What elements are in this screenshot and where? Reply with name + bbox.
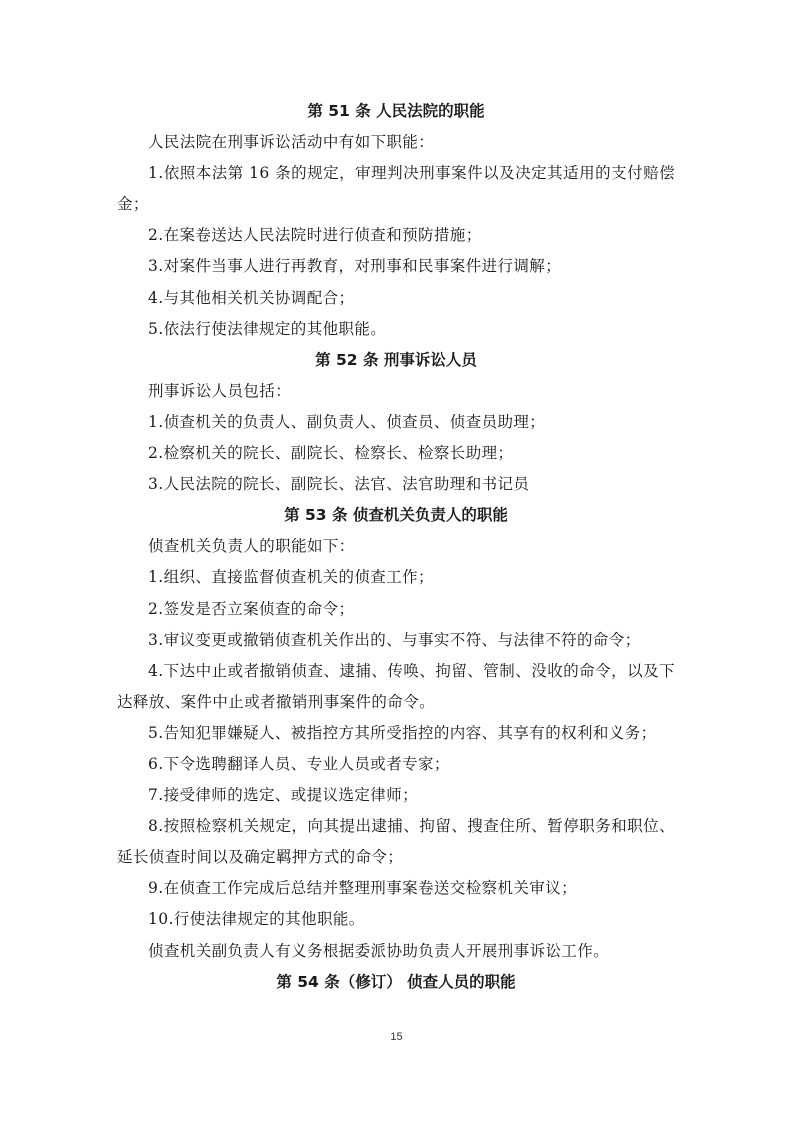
article-53-item-4: 4.下达中止或者撤销侦查、逮捕、传唤、拘留、管制、没收的命令，以及下达释放、案件… bbox=[117, 656, 675, 718]
article-51-item-2: 2.在案卷送达人民法院时进行侦查和预防措施； bbox=[117, 220, 675, 251]
article-53-closing: 侦查机关副负责人有义务根据委派协助负责人开展刑事诉讼工作。 bbox=[117, 936, 675, 967]
article-52-intro: 刑事诉讼人员包括： bbox=[117, 376, 675, 407]
document-page: 第 51 条 人民法院的职能 人民法院在刑事诉讼活动中有如下职能： 1.依照本法… bbox=[117, 96, 675, 998]
article-53-item-2: 2.签发是否立案侦查的命令； bbox=[117, 594, 675, 625]
article-52-item-2: 2.检察机关的院长、副院长、检察长、检察长助理； bbox=[117, 438, 675, 469]
article-53-item-10: 10.行使法律规定的其他职能。 bbox=[117, 904, 675, 935]
article-52-heading: 第 52 条 刑事诉讼人员 bbox=[117, 345, 675, 376]
article-53-item-3: 3.审议变更或撤销侦查机关作出的、与事实不符、与法律不符的命令； bbox=[117, 625, 675, 656]
article-52-item-3: 3.人民法院的院长、副院长、法官、法官助理和书记员 bbox=[117, 469, 675, 500]
article-54-heading: 第 54 条（修订） 侦查人员的职能 bbox=[117, 967, 675, 998]
article-53-item-7: 7.接受律师的选定、或提议选定律师； bbox=[117, 780, 675, 811]
article-51-intro: 人民法院在刑事诉讼活动中有如下职能： bbox=[117, 127, 675, 158]
article-52-item-1: 1.侦查机关的负责人、副负责人、侦查员、侦查员助理； bbox=[117, 407, 675, 438]
article-53-item-1: 1.组织、直接监督侦查机关的侦查工作； bbox=[117, 562, 675, 593]
article-51-item-3: 3.对案件当事人进行再教育，对刑事和民事案件进行调解； bbox=[117, 251, 675, 282]
article-51-heading: 第 51 条 人民法院的职能 bbox=[117, 96, 675, 127]
article-53-item-8: 8.按照检察机关规定，向其提出逮捕、拘留、搜查住所、暂停职务和职位、延长侦查时间… bbox=[117, 811, 675, 873]
article-53-item-5: 5.告知犯罪嫌疑人、被指控方其所受指控的内容、其享有的权利和义务； bbox=[117, 718, 675, 749]
article-51-item-5: 5.依法行使法律规定的其他职能。 bbox=[117, 314, 675, 345]
article-53-item-9: 9.在侦查工作完成后总结并整理刑事案卷送交检察机关审议； bbox=[117, 873, 675, 904]
article-53-item-6: 6.下令选聘翻译人员、专业人员或者专家； bbox=[117, 749, 675, 780]
article-53-heading: 第 53 条 侦查机关负责人的职能 bbox=[117, 500, 675, 531]
page-number: 15 bbox=[0, 1031, 793, 1043]
article-51-item-4: 4.与其他相关机关协调配合； bbox=[117, 283, 675, 314]
article-51-item-1: 1.依照本法第 16 条的规定，审理判决刑事案件以及决定其适用的支付赔偿金； bbox=[117, 158, 675, 220]
article-53-intro: 侦查机关负责人的职能如下： bbox=[117, 531, 675, 562]
